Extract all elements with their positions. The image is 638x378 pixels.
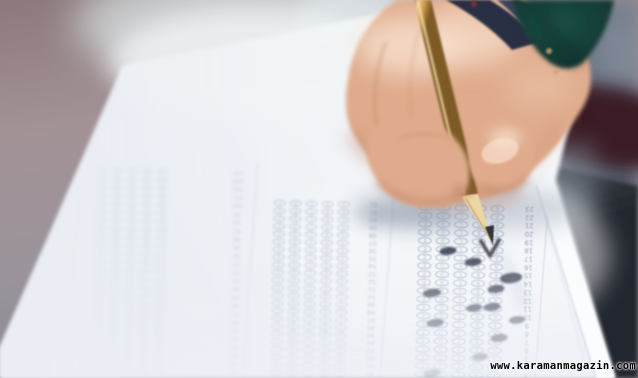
fingertip-highlight: [489, 128, 521, 148]
scene-photo: EDCBA104EDCBA103EDCBA102EDCBA101EDCBA100…: [0, 0, 638, 378]
palm-highlight: [506, 62, 574, 110]
photo-canvas: EDCBA104EDCBA103EDCBA102EDCBA101EDCBA100…: [0, 0, 638, 378]
watermark: www.karamanmagazin.com: [490, 360, 636, 372]
sleeve-button-1: [546, 48, 552, 54]
bracelet-bead: [471, 1, 477, 7]
grip-contact-shadow: [452, 185, 474, 197]
sleeve-button-2: [554, 70, 559, 75]
